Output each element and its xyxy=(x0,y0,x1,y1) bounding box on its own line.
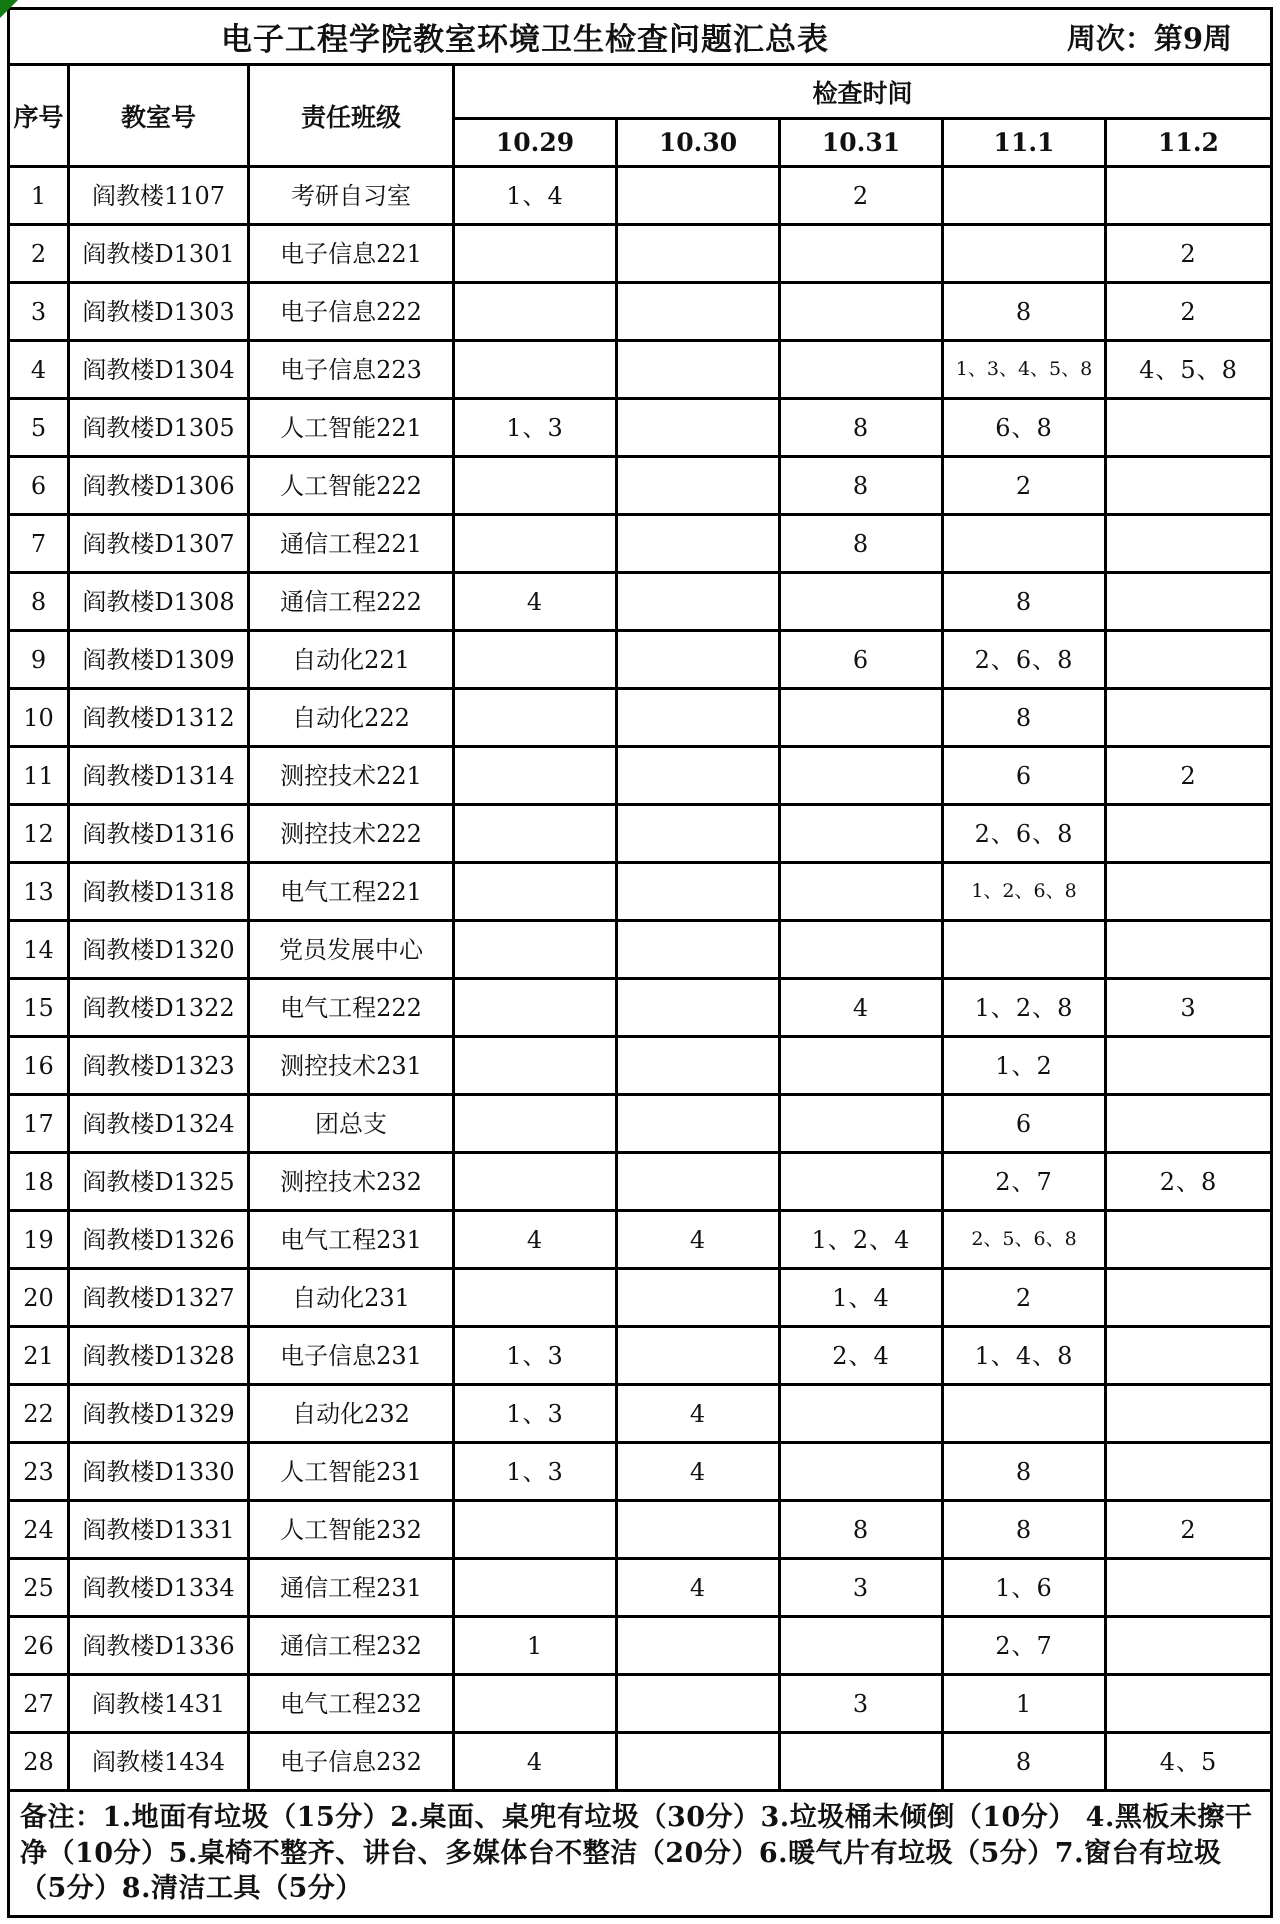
responsible-class-cell: 人工智能221 xyxy=(250,400,455,458)
classroom-cell: 阎教楼D1326 xyxy=(70,1212,250,1270)
table-row: 8 阎教楼D1308 通信工程222 48 xyxy=(10,574,1270,632)
check-cell: 6 xyxy=(781,632,944,690)
responsible-class-cell: 电子信息222 xyxy=(250,284,455,342)
check-cell xyxy=(781,1734,944,1792)
check-cell xyxy=(781,922,944,980)
table-row: 23 阎教楼D1330 人工智能231 1、348 xyxy=(10,1444,1270,1502)
check-cell xyxy=(781,284,944,342)
check-cell xyxy=(618,458,781,516)
check-cell xyxy=(781,806,944,864)
check-cell xyxy=(618,1154,781,1212)
row-index-cell: 16 xyxy=(10,1038,70,1096)
classroom-cell: 阎教楼D1309 xyxy=(70,632,250,690)
check-cell xyxy=(781,1038,944,1096)
table-row: 18 阎教楼D1325 测控技术232 2、72、8 xyxy=(10,1154,1270,1212)
classroom-cell: 阎教楼D1324 xyxy=(70,1096,250,1154)
responsible-class-cell: 自动化232 xyxy=(250,1386,455,1444)
responsible-class-cell: 党员发展中心 xyxy=(250,922,455,980)
check-cell xyxy=(618,1270,781,1328)
check-cell: 1 xyxy=(944,1676,1107,1734)
responsible-class-cell: 团总支 xyxy=(250,1096,455,1154)
classroom-cell: 阎教楼D1336 xyxy=(70,1618,250,1676)
check-cell: 8 xyxy=(944,1444,1107,1502)
check-cell: 2、6、8 xyxy=(944,632,1107,690)
table-row: 19 阎教楼D1326 电气工程231 441、2、42、5、6、8 xyxy=(10,1212,1270,1270)
check-cell: 2 xyxy=(944,1270,1107,1328)
table-row: 11 阎教楼D1314 测控技术221 62 xyxy=(10,748,1270,806)
classroom-cell: 阎教楼D1305 xyxy=(70,400,250,458)
responsible-class-cell: 电子信息231 xyxy=(250,1328,455,1386)
check-cell xyxy=(455,1270,618,1328)
table-row: 15 阎教楼D1322 电气工程222 41、2、83 xyxy=(10,980,1270,1038)
check-cell xyxy=(455,632,618,690)
check-cell: 4 xyxy=(618,1444,781,1502)
classroom-cell: 阎教楼D1303 xyxy=(70,284,250,342)
row-index-cell: 10 xyxy=(10,690,70,748)
header-responsible-class: 责任班级 xyxy=(250,66,455,168)
check-cell: 8 xyxy=(781,400,944,458)
check-cell xyxy=(455,806,618,864)
check-cell: 6、8 xyxy=(944,400,1107,458)
check-cell xyxy=(781,1154,944,1212)
footer-note: 备注：1.地面有垃圾（15分）2.桌面、桌兜有垃圾（30分）3.垃圾桶未倾倒（1… xyxy=(10,1792,1270,1915)
table-row: 12 阎教楼D1316 测控技术222 2、6、8 xyxy=(10,806,1270,864)
check-cell: 1、6 xyxy=(944,1560,1107,1618)
check-cell: 8 xyxy=(781,1502,944,1560)
responsible-class-cell: 通信工程232 xyxy=(250,1618,455,1676)
check-cell xyxy=(618,1096,781,1154)
check-cell: 4、5 xyxy=(1107,1734,1270,1792)
responsible-class-cell: 自动化221 xyxy=(250,632,455,690)
row-index-cell: 25 xyxy=(10,1560,70,1618)
check-cell xyxy=(618,226,781,284)
responsible-class-cell: 自动化231 xyxy=(250,1270,455,1328)
row-index-cell: 21 xyxy=(10,1328,70,1386)
check-cell xyxy=(1107,1328,1270,1386)
responsible-class-cell: 电气工程221 xyxy=(250,864,455,922)
row-index-cell: 22 xyxy=(10,1386,70,1444)
check-cell: 4 xyxy=(618,1560,781,1618)
table-row: 7 阎教楼D1307 通信工程221 8 xyxy=(10,516,1270,574)
check-cell xyxy=(455,1154,618,1212)
check-cell: 4 xyxy=(618,1212,781,1270)
check-cell xyxy=(618,342,781,400)
table-row: 17 阎教楼D1324 团总支 6 xyxy=(10,1096,1270,1154)
row-index-cell: 4 xyxy=(10,342,70,400)
title-row: 电子工程学院教室环境卫生检查问题汇总表 周次：第9周 xyxy=(10,10,1270,66)
classroom-cell: 阎教楼D1331 xyxy=(70,1502,250,1560)
check-cell xyxy=(781,1386,944,1444)
check-cell: 8 xyxy=(944,1502,1107,1560)
check-cell: 1、3 xyxy=(455,400,618,458)
row-index-cell: 13 xyxy=(10,864,70,922)
check-cell xyxy=(618,400,781,458)
table-row: 10 阎教楼D1312 自动化222 8 xyxy=(10,690,1270,748)
table-row: 9 阎教楼D1309 自动化221 62、6、8 xyxy=(10,632,1270,690)
classroom-cell: 阎教楼D1306 xyxy=(70,458,250,516)
responsible-class-cell: 人工智能222 xyxy=(250,458,455,516)
table-header: 序号 教室号 责任班级 检查时间 10.2910.3010.3111.111.2 xyxy=(10,66,1270,168)
check-cell: 2、8 xyxy=(1107,1154,1270,1212)
row-index-cell: 2 xyxy=(10,226,70,284)
check-cell: 2 xyxy=(1107,226,1270,284)
check-cell xyxy=(455,342,618,400)
row-index-cell: 24 xyxy=(10,1502,70,1560)
table-row: 1 阎教楼1107 考研自习室 1、42 xyxy=(10,168,1270,226)
page-title: 电子工程学院教室环境卫生检查问题汇总表 xyxy=(221,14,829,59)
classroom-cell: 阎教楼D1304 xyxy=(70,342,250,400)
table-row: 25 阎教楼D1334 通信工程231 431、6 xyxy=(10,1560,1270,1618)
check-cell xyxy=(1107,574,1270,632)
row-index-cell: 7 xyxy=(10,516,70,574)
check-cell: 1、2 xyxy=(944,1038,1107,1096)
check-cell xyxy=(1107,690,1270,748)
check-cell xyxy=(455,748,618,806)
check-cell xyxy=(1107,1618,1270,1676)
summary-table-sheet: 电子工程学院教室环境卫生检查问题汇总表 周次：第9周 序号 教室号 责任班级 检… xyxy=(7,7,1273,1918)
responsible-class-cell: 电子信息232 xyxy=(250,1734,455,1792)
responsible-class-cell: 自动化222 xyxy=(250,690,455,748)
check-cell xyxy=(618,632,781,690)
check-cell xyxy=(618,574,781,632)
check-cell: 2 xyxy=(1107,1502,1270,1560)
classroom-cell: 阎教楼1434 xyxy=(70,1734,250,1792)
check-cell xyxy=(781,226,944,284)
responsible-class-cell: 电气工程222 xyxy=(250,980,455,1038)
check-cell xyxy=(618,1502,781,1560)
table-row: 20 阎教楼D1327 自动化231 1、42 xyxy=(10,1270,1270,1328)
check-cell: 1、4、8 xyxy=(944,1328,1107,1386)
check-cell xyxy=(781,1444,944,1502)
check-cell: 8 xyxy=(944,284,1107,342)
check-cell: 2、4 xyxy=(781,1328,944,1386)
check-cell xyxy=(455,1502,618,1560)
check-cell: 2、5、6、8 xyxy=(944,1212,1107,1270)
check-cell xyxy=(944,922,1107,980)
check-cell xyxy=(618,1734,781,1792)
check-cell xyxy=(1107,458,1270,516)
check-cell xyxy=(781,864,944,922)
check-cell: 1、3 xyxy=(455,1444,618,1502)
row-index-cell: 8 xyxy=(10,574,70,632)
responsible-class-cell: 电子信息221 xyxy=(250,226,455,284)
check-cell: 2 xyxy=(1107,748,1270,806)
check-cell xyxy=(618,284,781,342)
check-cell xyxy=(455,226,618,284)
classroom-cell: 阎教楼D1327 xyxy=(70,1270,250,1328)
check-cell: 4 xyxy=(455,1734,618,1792)
classroom-cell: 阎教楼D1328 xyxy=(70,1328,250,1386)
check-cell xyxy=(781,1618,944,1676)
check-cell xyxy=(455,690,618,748)
row-index-cell: 9 xyxy=(10,632,70,690)
check-cell: 1、2、6、8 xyxy=(944,864,1107,922)
table-row: 2 阎教楼D1301 电子信息221 2 xyxy=(10,226,1270,284)
classroom-cell: 阎教楼D1323 xyxy=(70,1038,250,1096)
row-index-cell: 20 xyxy=(10,1270,70,1328)
classroom-cell: 阎教楼1431 xyxy=(70,1676,250,1734)
check-cell xyxy=(1107,1212,1270,1270)
check-cell xyxy=(455,922,618,980)
header-date-10.29: 10.29 xyxy=(455,120,618,168)
header-index: 序号 xyxy=(10,66,70,168)
table-row: 4 阎教楼D1304 电子信息223 1、3、4、5、84、5、8 xyxy=(10,342,1270,400)
row-index-cell: 27 xyxy=(10,1676,70,1734)
table-row: 6 阎教楼D1306 人工智能222 82 xyxy=(10,458,1270,516)
responsible-class-cell: 测控技术232 xyxy=(250,1154,455,1212)
check-cell: 8 xyxy=(944,690,1107,748)
check-cell xyxy=(1107,1676,1270,1734)
check-cell xyxy=(781,1096,944,1154)
check-cell: 4 xyxy=(455,1212,618,1270)
check-cell xyxy=(1107,864,1270,922)
table-row: 14 阎教楼D1320 党员发展中心 xyxy=(10,922,1270,980)
table-body: 1 阎教楼1107 考研自习室 1、42 2 阎教楼D1301 电子信息221 … xyxy=(10,168,1270,1792)
row-index-cell: 15 xyxy=(10,980,70,1038)
table-row: 13 阎教楼D1318 电气工程221 1、2、6、8 xyxy=(10,864,1270,922)
table-row: 5 阎教楼D1305 人工智能221 1、386、8 xyxy=(10,400,1270,458)
check-cell xyxy=(618,806,781,864)
table-row: 28 阎教楼1434 电子信息232 484、5 xyxy=(10,1734,1270,1792)
check-cell: 4 xyxy=(455,574,618,632)
check-cell xyxy=(618,864,781,922)
check-cell xyxy=(618,1676,781,1734)
check-cell: 2、7 xyxy=(944,1154,1107,1212)
row-index-cell: 26 xyxy=(10,1618,70,1676)
classroom-cell: 阎教楼D1334 xyxy=(70,1560,250,1618)
classroom-cell: 阎教楼D1325 xyxy=(70,1154,250,1212)
check-cell xyxy=(944,1386,1107,1444)
check-cell xyxy=(618,922,781,980)
check-cell: 1、4 xyxy=(781,1270,944,1328)
check-cell xyxy=(1107,806,1270,864)
header-date-11.2: 11.2 xyxy=(1107,120,1270,168)
check-cell: 2、6、8 xyxy=(944,806,1107,864)
row-index-cell: 14 xyxy=(10,922,70,980)
check-cell: 3 xyxy=(781,1560,944,1618)
check-cell xyxy=(944,226,1107,284)
check-cell: 8 xyxy=(944,1734,1107,1792)
check-cell xyxy=(455,864,618,922)
check-cell xyxy=(1107,922,1270,980)
classroom-cell: 阎教楼D1314 xyxy=(70,748,250,806)
check-cell xyxy=(781,574,944,632)
check-cell xyxy=(1107,1038,1270,1096)
check-cell xyxy=(781,748,944,806)
classroom-cell: 阎教楼1107 xyxy=(70,168,250,226)
table-row: 16 阎教楼D1323 测控技术231 1、2 xyxy=(10,1038,1270,1096)
classroom-cell: 阎教楼D1322 xyxy=(70,980,250,1038)
check-cell: 1、2、4 xyxy=(781,1212,944,1270)
responsible-class-cell: 电气工程231 xyxy=(250,1212,455,1270)
check-cell: 6 xyxy=(944,1096,1107,1154)
row-index-cell: 28 xyxy=(10,1734,70,1792)
check-cell xyxy=(1107,632,1270,690)
check-cell xyxy=(455,1096,618,1154)
page: { "page": { "title": "电子工程学院教室环境卫生检查问题汇总… xyxy=(0,0,1280,1924)
check-cell: 2、7 xyxy=(944,1618,1107,1676)
header-date-10.30: 10.30 xyxy=(618,120,781,168)
row-index-cell: 1 xyxy=(10,168,70,226)
check-cell: 8 xyxy=(781,458,944,516)
check-cell: 2 xyxy=(781,168,944,226)
responsible-class-cell: 人工智能231 xyxy=(250,1444,455,1502)
check-cell: 4 xyxy=(618,1386,781,1444)
check-cell: 1、3 xyxy=(455,1386,618,1444)
check-cell xyxy=(944,168,1107,226)
row-index-cell: 17 xyxy=(10,1096,70,1154)
table-row: 26 阎教楼D1336 通信工程232 12、7 xyxy=(10,1618,1270,1676)
classroom-cell: 阎教楼D1307 xyxy=(70,516,250,574)
check-cell xyxy=(455,1038,618,1096)
table-row: 21 阎教楼D1328 电子信息231 1、32、41、4、8 xyxy=(10,1328,1270,1386)
check-cell: 3 xyxy=(1107,980,1270,1038)
responsible-class-cell: 通信工程231 xyxy=(250,1560,455,1618)
classroom-cell: 阎教楼D1329 xyxy=(70,1386,250,1444)
week-label: 周次：第9周 xyxy=(1067,16,1232,57)
check-cell: 4、5、8 xyxy=(1107,342,1270,400)
classroom-cell: 阎教楼D1330 xyxy=(70,1444,250,1502)
classroom-cell: 阎教楼D1320 xyxy=(70,922,250,980)
row-index-cell: 3 xyxy=(10,284,70,342)
table-row: 3 阎教楼D1303 电子信息222 82 xyxy=(10,284,1270,342)
check-cell xyxy=(618,748,781,806)
row-index-cell: 18 xyxy=(10,1154,70,1212)
classroom-cell: 阎教楼D1318 xyxy=(70,864,250,922)
row-index-cell: 6 xyxy=(10,458,70,516)
responsible-class-cell: 测控技术221 xyxy=(250,748,455,806)
check-cell: 1、3 xyxy=(455,1328,618,1386)
check-cell xyxy=(618,690,781,748)
check-cell: 8 xyxy=(781,516,944,574)
row-index-cell: 23 xyxy=(10,1444,70,1502)
check-cell xyxy=(455,516,618,574)
check-cell xyxy=(618,516,781,574)
responsible-class-cell: 考研自习室 xyxy=(250,168,455,226)
header-date-10.31: 10.31 xyxy=(781,120,944,168)
table-row: 24 阎教楼D1331 人工智能232 882 xyxy=(10,1502,1270,1560)
check-cell xyxy=(618,168,781,226)
responsible-class-cell: 测控技术231 xyxy=(250,1038,455,1096)
responsible-class-cell: 电气工程232 xyxy=(250,1676,455,1734)
check-cell: 1、4 xyxy=(455,168,618,226)
check-cell xyxy=(781,342,944,400)
check-cell xyxy=(455,1560,618,1618)
check-cell xyxy=(781,690,944,748)
responsible-class-cell: 通信工程221 xyxy=(250,516,455,574)
header-classroom: 教室号 xyxy=(70,66,250,168)
check-cell: 2 xyxy=(1107,284,1270,342)
row-index-cell: 11 xyxy=(10,748,70,806)
check-cell xyxy=(618,1618,781,1676)
check-cell xyxy=(455,1676,618,1734)
check-cell xyxy=(1107,1270,1270,1328)
header-date-11.1: 11.1 xyxy=(944,120,1107,168)
classroom-cell: 阎教楼D1316 xyxy=(70,806,250,864)
check-cell xyxy=(1107,1096,1270,1154)
row-index-cell: 19 xyxy=(10,1212,70,1270)
check-cell: 1、3、4、5、8 xyxy=(944,342,1107,400)
classroom-cell: 阎教楼D1301 xyxy=(70,226,250,284)
responsible-class-cell: 人工智能232 xyxy=(250,1502,455,1560)
check-cell xyxy=(1107,1444,1270,1502)
check-cell: 4 xyxy=(781,980,944,1038)
check-cell xyxy=(455,980,618,1038)
check-cell xyxy=(455,284,618,342)
row-index-cell: 5 xyxy=(10,400,70,458)
check-cell: 2 xyxy=(944,458,1107,516)
check-cell xyxy=(1107,1386,1270,1444)
check-cell xyxy=(618,1328,781,1386)
check-cell: 6 xyxy=(944,748,1107,806)
check-cell: 3 xyxy=(781,1676,944,1734)
table-row: 22 阎教楼D1329 自动化232 1、34 xyxy=(10,1386,1270,1444)
check-cell xyxy=(944,516,1107,574)
check-cell: 8 xyxy=(944,574,1107,632)
check-cell: 1、2、8 xyxy=(944,980,1107,1038)
responsible-class-cell: 通信工程222 xyxy=(250,574,455,632)
header-check-time-group: 检查时间 xyxy=(455,66,1270,120)
check-cell xyxy=(1107,400,1270,458)
responsible-class-cell: 测控技术222 xyxy=(250,806,455,864)
responsible-class-cell: 电子信息223 xyxy=(250,342,455,400)
check-cell xyxy=(618,980,781,1038)
classroom-cell: 阎教楼D1312 xyxy=(70,690,250,748)
row-index-cell: 12 xyxy=(10,806,70,864)
check-cell: 1 xyxy=(455,1618,618,1676)
classroom-cell: 阎教楼D1308 xyxy=(70,574,250,632)
check-cell xyxy=(1107,168,1270,226)
table-row: 27 阎教楼1431 电气工程232 31 xyxy=(10,1676,1270,1734)
check-cell xyxy=(455,458,618,516)
check-cell xyxy=(618,1038,781,1096)
check-cell xyxy=(1107,516,1270,574)
check-cell xyxy=(1107,1560,1270,1618)
green-corner-triangle-icon xyxy=(0,0,18,18)
